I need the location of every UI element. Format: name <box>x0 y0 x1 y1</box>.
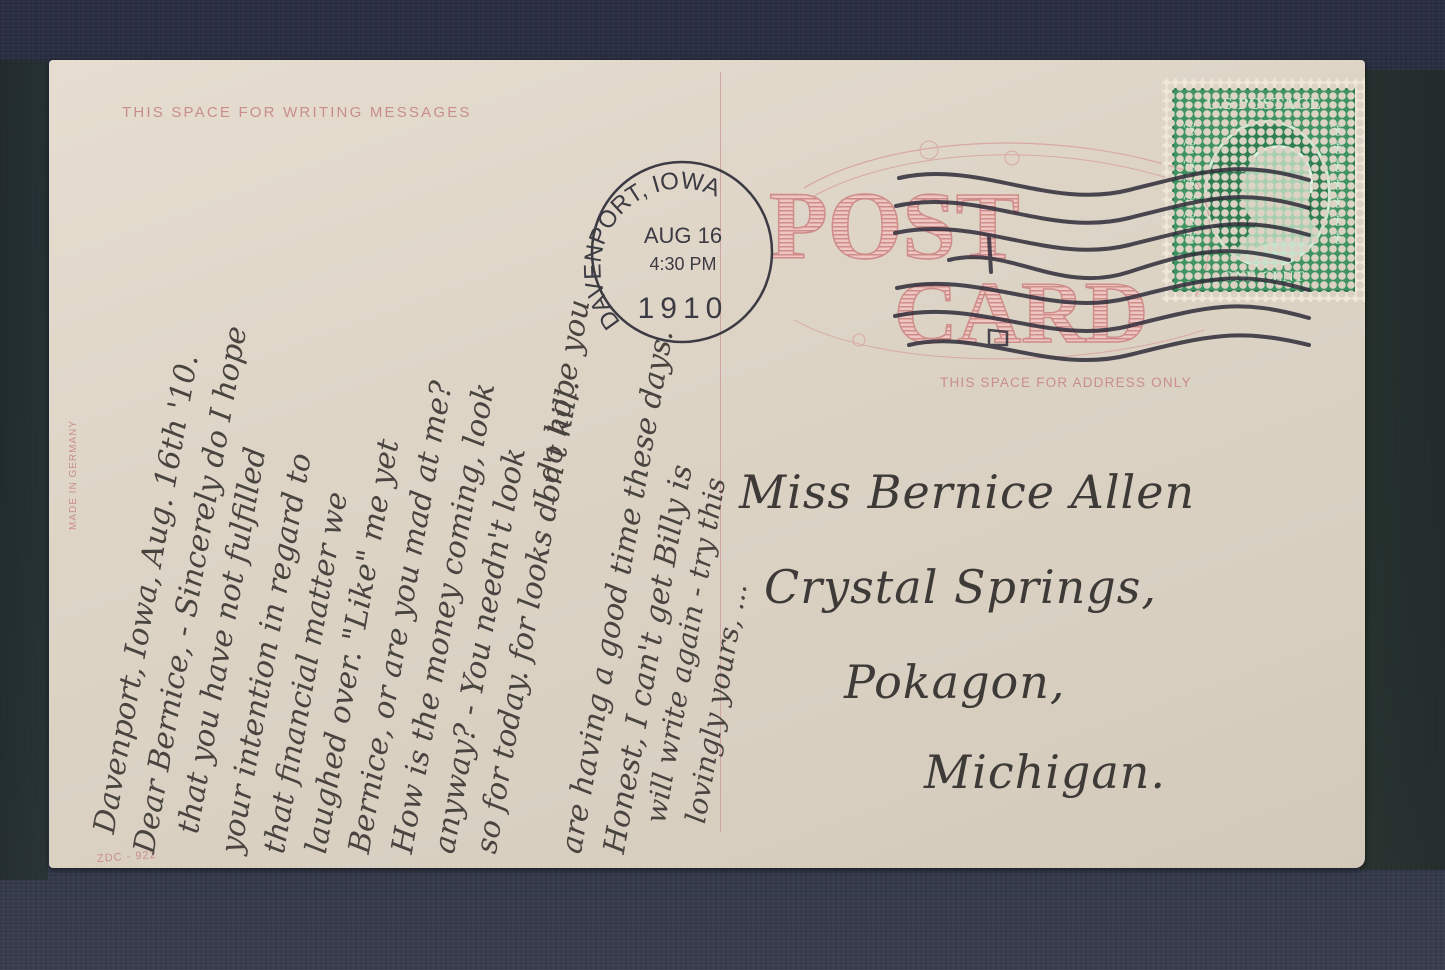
stamp-face: U.S.POSTAGE ❦❦❦❦❦❦❦ ❦❦❦❦❦❦❦ ONE CENT <box>1172 88 1355 292</box>
center-divider-line <box>720 72 721 832</box>
message-line: your intention in regard to <box>214 450 319 856</box>
fabric-backdrop-left <box>0 60 48 880</box>
postmark-city: DAVENPORT, IOWA <box>579 167 724 335</box>
postmark-time: 4:30 PM <box>649 254 716 274</box>
message-line: that financial matter we <box>257 489 355 856</box>
message-line: I do hope you <box>527 297 597 506</box>
laurel-left-icon: ❦❦❦❦❦❦❦ <box>1178 122 1202 262</box>
logo-word-post: POST <box>769 172 1020 279</box>
address-line-street: Crystal Springs, <box>764 560 1157 614</box>
message-line: lovingly yours, ... <box>679 581 754 826</box>
message-line: are having a good time these days. <box>554 327 681 856</box>
message-line: How is the money coming, look <box>385 380 502 856</box>
postcard-logo: POST CARD <box>764 130 1224 365</box>
message-line: that you have not fulfilled <box>171 445 273 836</box>
postmark-year: 1910 <box>638 292 729 325</box>
laurel-right-icon: ❦❦❦❦❦❦❦ <box>1325 122 1349 262</box>
address-line-city: Pokagon, <box>844 655 1065 709</box>
franklin-portrait-icon <box>1207 123 1328 265</box>
made-in-germany-note: MADE IN GERMANY <box>68 420 79 530</box>
message-line: Bernice, or are you mad at me? <box>342 378 460 856</box>
postage-stamp: U.S.POSTAGE ❦❦❦❦❦❦❦ ❦❦❦❦❦❦❦ ONE CENT <box>1162 78 1365 302</box>
message-line: Davenport, Iowa, Aug. 16th '10. <box>87 352 206 836</box>
stamp-portrait-oval <box>1204 120 1331 268</box>
stamp-bottom-text: ONE CENT <box>1174 269 1353 286</box>
message-line: laughed over. "Like" me yet <box>299 437 406 856</box>
logo-word-card: CARD <box>894 265 1148 362</box>
fabric-backdrop-right <box>1360 70 1445 870</box>
message-line: Dear Bernice, - Sincerely do I hope <box>127 323 254 856</box>
message-line: will write again - try this <box>639 475 732 826</box>
address-line-name: Miss Bernice Allen <box>739 465 1195 519</box>
message-line: Honest, I can't get Billy is <box>597 462 700 856</box>
address-line-state: Michigan. <box>924 745 1166 799</box>
message-space-header: THIS SPACE FOR WRITING MESSAGES <box>122 104 472 121</box>
message-line: so for today. for looks don't kill. <box>469 377 587 856</box>
postmark-circle <box>592 162 772 342</box>
print-code: ZDC - 922 <box>97 849 157 865</box>
stamp-top-text: U.S.POSTAGE <box>1174 94 1353 114</box>
postmark-date: AUG 16 <box>644 223 722 248</box>
address-space-header: THIS SPACE FOR ADDRESS ONLY <box>940 375 1192 390</box>
message-line: anyway? - You needn't look <box>427 445 533 856</box>
postcard: THIS SPACE FOR WRITING MESSAGES MADE IN … <box>49 60 1365 868</box>
